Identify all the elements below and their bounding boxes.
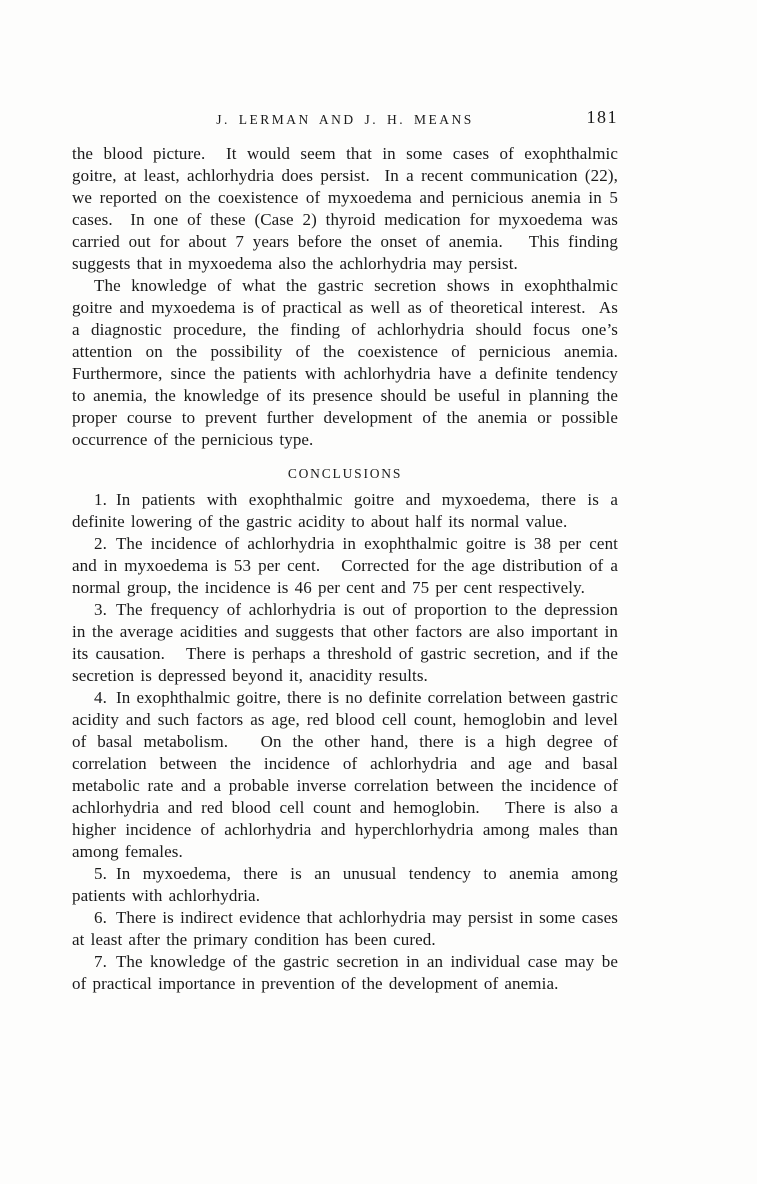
running-title: J. LERMAN AND J. H. MEANS <box>216 112 474 127</box>
paragraph: the blood picture. It would seem that in… <box>72 143 618 275</box>
paragraph: The knowledge of what the gastric secret… <box>72 275 618 451</box>
conclusion-item: 4.In exophthalmic goitre, there is no de… <box>72 687 618 863</box>
conclusion-item: 5.In myxoedema, there is an unusual tend… <box>72 863 618 907</box>
conclusion-text: There is indirect evidence that achlorhy… <box>72 908 624 949</box>
conclusion-text: In patients with exophthalmic goitre and… <box>72 490 624 531</box>
conclusion-item: 6.There is indirect evidence that achlor… <box>72 907 618 951</box>
conclusion-item: 1.In patients with exophthalmic goitre a… <box>72 489 618 533</box>
text-block: J. LERMAN AND J. H. MEANS 181 the blood … <box>72 111 618 995</box>
page-header: J. LERMAN AND J. H. MEANS 181 <box>72 111 618 129</box>
conclusion-number: 5. <box>94 864 107 883</box>
conclusion-item: 7.The knowledge of the gastric secretion… <box>72 951 618 995</box>
conclusion-number: 7. <box>94 952 107 971</box>
conclusion-number: 4. <box>94 688 107 707</box>
conclusion-text: In myxoedema, there is an unusual tenden… <box>72 864 624 905</box>
scanned-journal-page: J. LERMAN AND J. H. MEANS 181 the blood … <box>0 0 757 1184</box>
conclusion-text: The incidence of achlorhydria in exophth… <box>72 534 624 597</box>
conclusion-number: 1. <box>94 490 107 509</box>
conclusions-heading: CONCLUSIONS <box>72 465 618 483</box>
conclusion-item: 3.The frequency of achlorhydria is out o… <box>72 599 618 687</box>
conclusion-text: The frequency of achlorhydria is out of … <box>72 600 624 685</box>
conclusion-number: 2. <box>94 534 107 553</box>
conclusion-text: The knowledge of the gastric secretion i… <box>72 952 624 993</box>
conclusion-number: 6. <box>94 908 107 927</box>
conclusion-number: 3. <box>94 600 107 619</box>
page-number: 181 <box>587 108 619 126</box>
conclusion-item: 2.The incidence of achlorhydria in exoph… <box>72 533 618 599</box>
conclusion-text: In exophthalmic goitre, there is no defi… <box>72 688 624 861</box>
